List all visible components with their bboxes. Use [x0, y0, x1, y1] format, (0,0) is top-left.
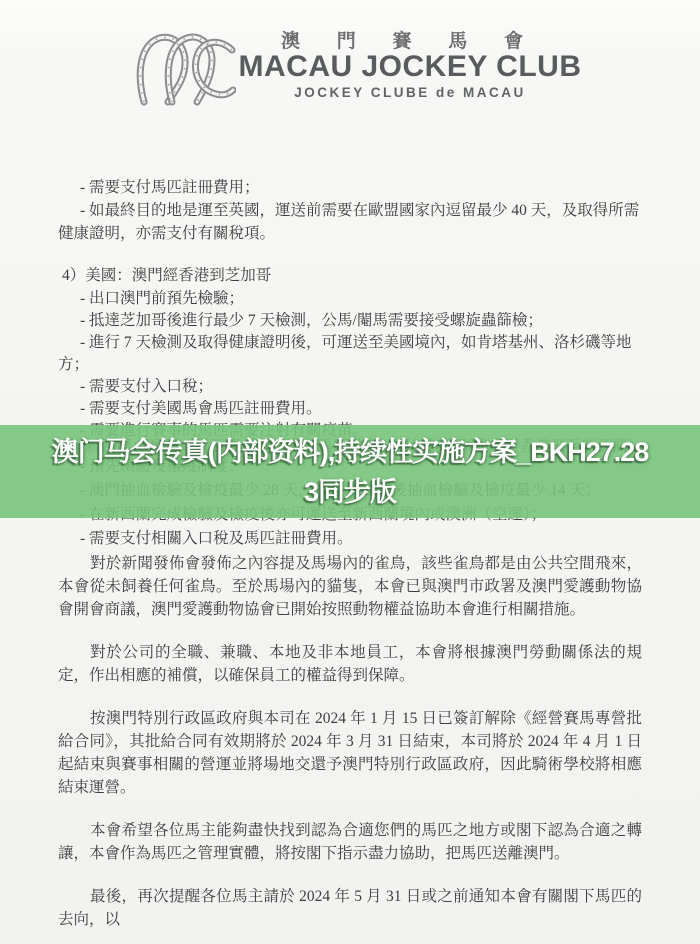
letterhead: 澳 門 賽 馬 會 MACAU JOCKEY CLUB JOCKEY CLUBE… [0, 0, 700, 150]
bullet-line: - 抵達芝加哥後進行最少 7 天檢測，公馬/閹馬需要接受螺旋蟲篩檢； [58, 310, 642, 332]
club-name-english: MACAU JOCKEY CLUB [222, 50, 598, 84]
bullet-line: - 需要支付相關入口稅及馬匹註冊費用。 [58, 527, 642, 551]
uk-shipping-bullets: - 需要支付馬匹註冊費用；- 如最終目的地是運至英國，運送前需要在歐盟國家內逗留… [58, 176, 642, 245]
bullet-line: - 需要支付入口稅； [58, 376, 642, 398]
club-name-chinese: 澳 門 賽 馬 會 [228, 26, 592, 53]
watermark-text-line2: 3同步版 [304, 472, 396, 512]
bullet-line: - 需要支付美國馬會馬匹註冊費用。 [58, 398, 642, 420]
paragraph: 對於新聞發佈會發佈之內容提及馬場內的雀鳥，該些雀鳥都是由公共空間飛來，本會從未飼… [58, 552, 642, 621]
horseshoe-monogram-icon [136, 32, 236, 108]
paragraph: 本會希望各位馬主能夠盡快找到認為合適您們的馬匹之地方或閣下認為合適之轉讓，本會作… [58, 819, 642, 865]
bullet-line: - 進行 7 天檢測及取得健康證明後，可運送至美國境內，如肯塔基州、洛杉磯等地方… [58, 332, 642, 376]
paragraph: 最後，再次提醒各位馬主請於 2024 年 5 月 31 日或之前通知本會有關閣下… [58, 885, 642, 931]
bullet-line: - 如最終目的地是運至英國，運送前需要在歐盟國家內逗留最少 40 天，及取得所需… [58, 199, 642, 245]
watermark-overlay-banner: 澳门马会传真(内部资料),持续性实施方案_BKH27.28 3同步版 [0, 425, 700, 518]
scanned-letter-page: 澳 門 賽 馬 會 MACAU JOCKEY CLUB JOCKEY CLUBE… [0, 0, 700, 944]
watermark-text-line1: 澳门马会传真(内部资料),持续性实施方案_BKH27.28 [52, 432, 649, 472]
letter-paragraphs: 對於新聞發佈會發佈之內容提及馬場內的雀鳥，該些雀鳥都是由公共空間飛來，本會從未飼… [58, 552, 642, 944]
section-4-heading: 4）美國：澳門經香港到芝加哥 [62, 263, 646, 285]
paragraph: 對於公司的全職、兼職、本地及非本地員工，本會將根據澳門勞動關係法的規定，作出相應… [58, 641, 642, 687]
club-name-portuguese: JOCKEY CLUBE de MACAU [222, 85, 598, 100]
section-4-bullets: - 出口澳門前預先檢驗；- 抵達芝加哥後進行最少 7 天檢測，公馬/閹馬需要接受… [58, 288, 642, 442]
bullet-line: - 需要支付馬匹註冊費用； [58, 176, 642, 199]
bullet-line: - 出口澳門前預先檢驗； [58, 288, 642, 310]
paragraph: 按澳門特別行政區政府與本司在 2024 年 1 月 15 日已簽訂解除《經營賽馬… [58, 707, 642, 799]
